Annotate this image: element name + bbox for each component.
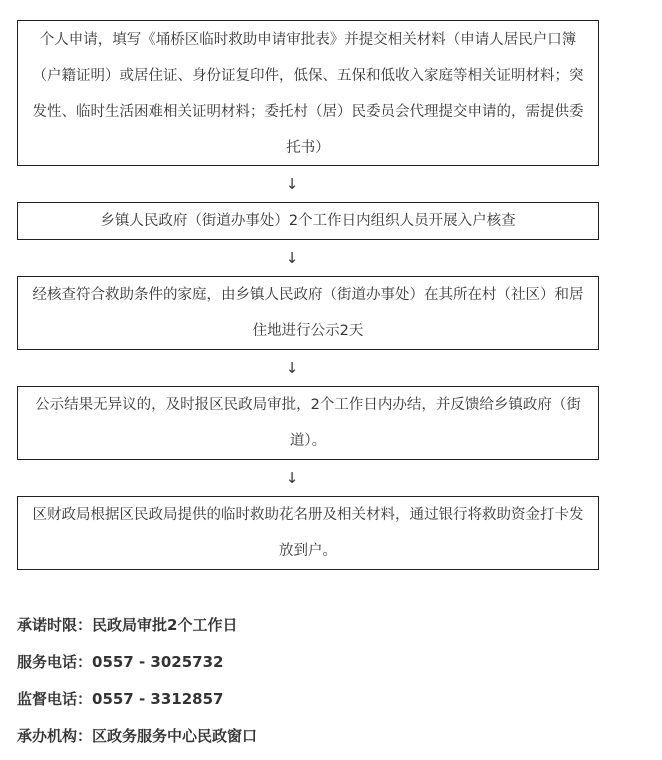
step-5-text: 区财政局根据区民政局提供的临时救助花名册及相关材料，通过银行将救助资金打卡发放到… [28, 497, 588, 569]
step-1-box: 个人申请，填写《埇桥区临时救助申请审批表》并提交相关材料（申请人居民户口簿（户籍… [17, 20, 599, 166]
step-5-box: 区财政局根据区民政局提供的临时救助花名册及相关材料，通过银行将救助资金打卡发放到… [17, 496, 599, 570]
step-2-box: 乡镇人民政府（街道办事处）2个工作日内组织人员开展入户核查 [17, 202, 599, 240]
arrow-down-icon: ↓ [282, 468, 302, 488]
arrow-down-icon: ↓ [282, 248, 302, 268]
step-1-text: 个人申请，填写《埇桥区临时救助申请审批表》并提交相关材料（申请人居民户口簿（户籍… [28, 22, 588, 166]
step-4-box: 公示结果无异议的，及时报区民政局审批，2个工作日内办结，并反馈给乡镇政府（街道）… [17, 386, 599, 460]
arrow-down-icon: ↓ [282, 174, 302, 194]
arrow-down-icon: ↓ [282, 358, 302, 378]
step-3-text: 经核查符合救助条件的家庭，由乡镇人民政府（街道办事处）在其所在村（社区）和居住地… [28, 277, 588, 349]
promise-time: 承诺时限：民政局审批2个工作日 [17, 614, 237, 636]
service-phone: 服务电话：0557 - 3025732 [17, 651, 223, 673]
supervision-phone: 监督电话：0557 - 3312857 [17, 688, 223, 710]
handling-agency: 承办机构：区政务服务中心民政窗口 [17, 725, 257, 747]
step-2-text: 乡镇人民政府（街道办事处）2个工作日内组织人员开展入户核查 [28, 203, 588, 239]
step-4-text: 公示结果无异议的，及时报区民政局审批，2个工作日内办结，并反馈给乡镇政府（街道）… [28, 387, 588, 459]
step-3-box: 经核查符合救助条件的家庭，由乡镇人民政府（街道办事处）在其所在村（社区）和居住地… [17, 276, 599, 350]
